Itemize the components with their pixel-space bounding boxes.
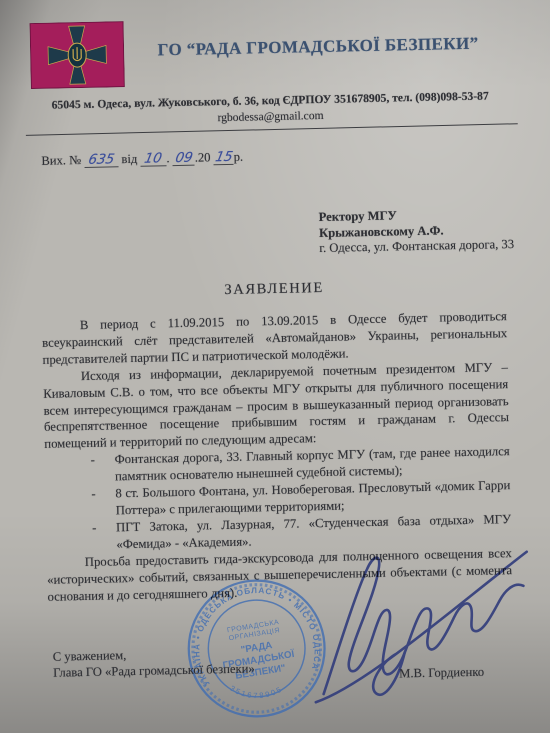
paragraph-2: Исходя из информации, декларируемой поче…	[43, 359, 510, 453]
ref-prefix-label: Вих. №	[41, 153, 81, 168]
ref-dot: .	[166, 151, 169, 165]
address-list: Фонтанская дорога, 33. Главный корпус МГ…	[45, 443, 512, 554]
document-title: ЗАЯВЛЕНИЕ	[0, 275, 549, 304]
signoff-block: С уважением, Глава ГО «Рада громадської …	[53, 645, 255, 682]
handwritten-month: 09	[174, 152, 194, 165]
letter-content: ГО “РАДА ГРОМАДСЬКОЇ БЕЗПЕКИ” 65045 м. О…	[0, 0, 550, 733]
org-name-title: ГО “РАДА ГРОМАДСЬКОЇ БЕЗПЕКИ”	[112, 33, 524, 62]
ref-suffix-label: р.	[234, 150, 244, 164]
ref-mid-label: від	[121, 152, 137, 166]
ref-day-field: 10	[140, 152, 166, 167]
handwritten-day: 10	[144, 152, 164, 165]
signature-handwriting	[301, 540, 536, 713]
org-emblem-flag	[30, 21, 125, 89]
outgoing-ref-line: Вих. № 635 від 10. 09.20 15р.	[41, 150, 243, 169]
handwritten-year: 15	[214, 151, 234, 164]
addressee-address: г. Одесса, ул. Фонтанская дорога, 33	[319, 237, 514, 257]
ref-year-field: 15	[214, 151, 234, 165]
ref-number-field: 635	[84, 153, 118, 168]
signer-name: М.В. Гордиенко	[399, 665, 484, 682]
addressee-block: Ректору МГУ Крыжановскому А.Ф. г. Одесса…	[319, 206, 515, 257]
ref-month-field: 09	[173, 152, 195, 166]
handwritten-ref-number: 635	[87, 153, 115, 167]
scanned-letter-photo: ГО “РАДА ГРОМАДСЬКОЇ БЕЗПЕКИ” 65045 м. О…	[0, 0, 550, 733]
ref-year-prefix: .20	[195, 150, 211, 164]
